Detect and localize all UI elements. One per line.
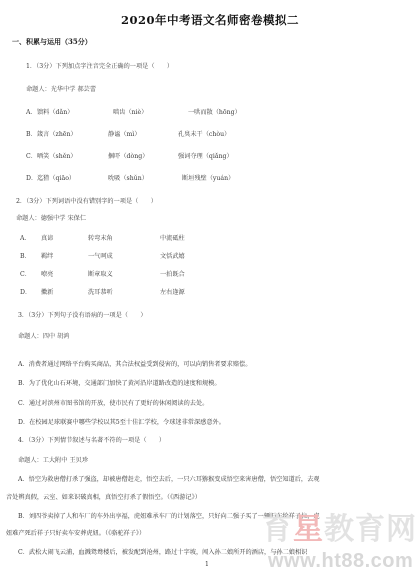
option-label: A． (26, 107, 37, 116)
question-1-stem: 1．（3分）下列加点字注音完全正确的一项是（ ） (26, 61, 173, 70)
watermark-cn-1: 育 (262, 512, 293, 547)
question-3-option-c: C．通过对滨州市图书馆的开放，使市民有了更好的休闲阅读的去处。 (18, 398, 208, 407)
option-label: D． (20, 287, 31, 296)
option-word: 断垣残壁（yuán） (182, 173, 234, 182)
question-3-option-a: A．消费者通过网络平台购买商品，其合法权益受到侵害的，可以向销售者要求赔偿。 (18, 359, 251, 368)
option-word: 洗耳恭听 (88, 287, 113, 296)
question-4-option-b-line2: 妞难产死后祥子只好卖车安葬虎妞。（《骆驼祥子》） (6, 528, 145, 537)
question-2-stem: 2．（3分）下列词语中没有错别字的一项是（ ） (16, 196, 157, 205)
option-word: 捆吓（dòng） (108, 151, 148, 160)
option-word: 馈料（dǎn） (37, 107, 73, 116)
option-word: 真谛 (41, 233, 53, 242)
question-3-option-b: B．为了优化山石环境，交通部门加快了黄河沿岸道路改造的速度和规模。 (18, 378, 221, 387)
option-word: 转弯末角 (88, 233, 113, 242)
option-word: 羁绊 (41, 251, 53, 260)
option-word: 一气呵成 (88, 251, 113, 260)
question-4-option-a-line1: A．悟空为救唐僧打杀了强盗，却被唐僧赶走，悟空去后，一只六耳猕猴变成悟空来害唐僧… (18, 474, 319, 483)
question-3-stem: 3．（3分）下列句子没有语病的一项是（ ） (18, 310, 147, 319)
option-word: 断章取义 (88, 269, 113, 278)
question-3-option-d: D．在校园足球联赛中哪些学校以其5至十佳汇学校，令球迷非常深感意外。 (18, 417, 225, 426)
section-heading: 一、积累与运用（35分） (12, 37, 92, 47)
watermark-url: www.ht88.com (268, 550, 413, 570)
option-label: A． (20, 233, 31, 242)
document-title: 2020年中考语文名师密卷模拟二 (0, 12, 420, 28)
watermark-logo: 育星教育网 (262, 515, 417, 549)
option-word: 一拍既合 (160, 269, 185, 278)
option-label: C． (20, 269, 31, 278)
option-word: 强词夺理（qiǎng） (178, 151, 233, 160)
option-label: B． (20, 251, 31, 260)
question-1-author: 命题人：光华中学 郝芸蕾 (26, 84, 96, 93)
option-label: C． (26, 151, 37, 160)
option-word: 哂笑（shěn） (37, 151, 77, 160)
question-3-author: 命题人：四中 胡鸿 (18, 331, 69, 340)
option-word: 中流砥柱 (160, 233, 185, 242)
page-number: 1 (205, 561, 209, 568)
option-word: 文恬武嬉 (160, 251, 185, 260)
option-word: 孔臭未干（chòu） (178, 129, 230, 138)
watermark-cn-2: 教育网 (324, 512, 417, 547)
question-4-stem: 4．（3分）下列情节叙述与名著不符的一项是（ ） (18, 435, 165, 444)
option-word: 擞新 (41, 287, 53, 296)
question-4-option-c-line1: C．武松大闹飞云浦，血溅鸳鸯楼后，被发配到沧州，路过十字坡，闯入孙二娘所开的酒店… (18, 547, 307, 556)
option-word: 吮吸（shǔn） (108, 173, 148, 182)
question-2-author: 命题人：德强中学 宋保仁 (16, 213, 86, 222)
question-4-option-a-line2: 音处辨真假，云室、如来识破真相，真悟空打杀了假悟空。（《西游记》） (6, 492, 201, 501)
option-word: 嘹亮 (41, 269, 53, 278)
question-4-author: 命题人：工大附中 王贝珍 (18, 455, 88, 464)
option-label: B． (26, 129, 37, 138)
option-word: 箴言（zhēn） (37, 129, 77, 138)
option-word: 迄猹（qiāo） (37, 173, 75, 182)
watermark-cn-red: 星 (293, 512, 324, 547)
option-word: 左右逢源 (160, 287, 185, 296)
option-word: 啮齿（niè） (113, 107, 147, 116)
option-word: 静谧（mì） (108, 129, 141, 138)
option-label: D． (26, 173, 37, 182)
option-word: 一哄而散（hōng） (188, 107, 241, 116)
